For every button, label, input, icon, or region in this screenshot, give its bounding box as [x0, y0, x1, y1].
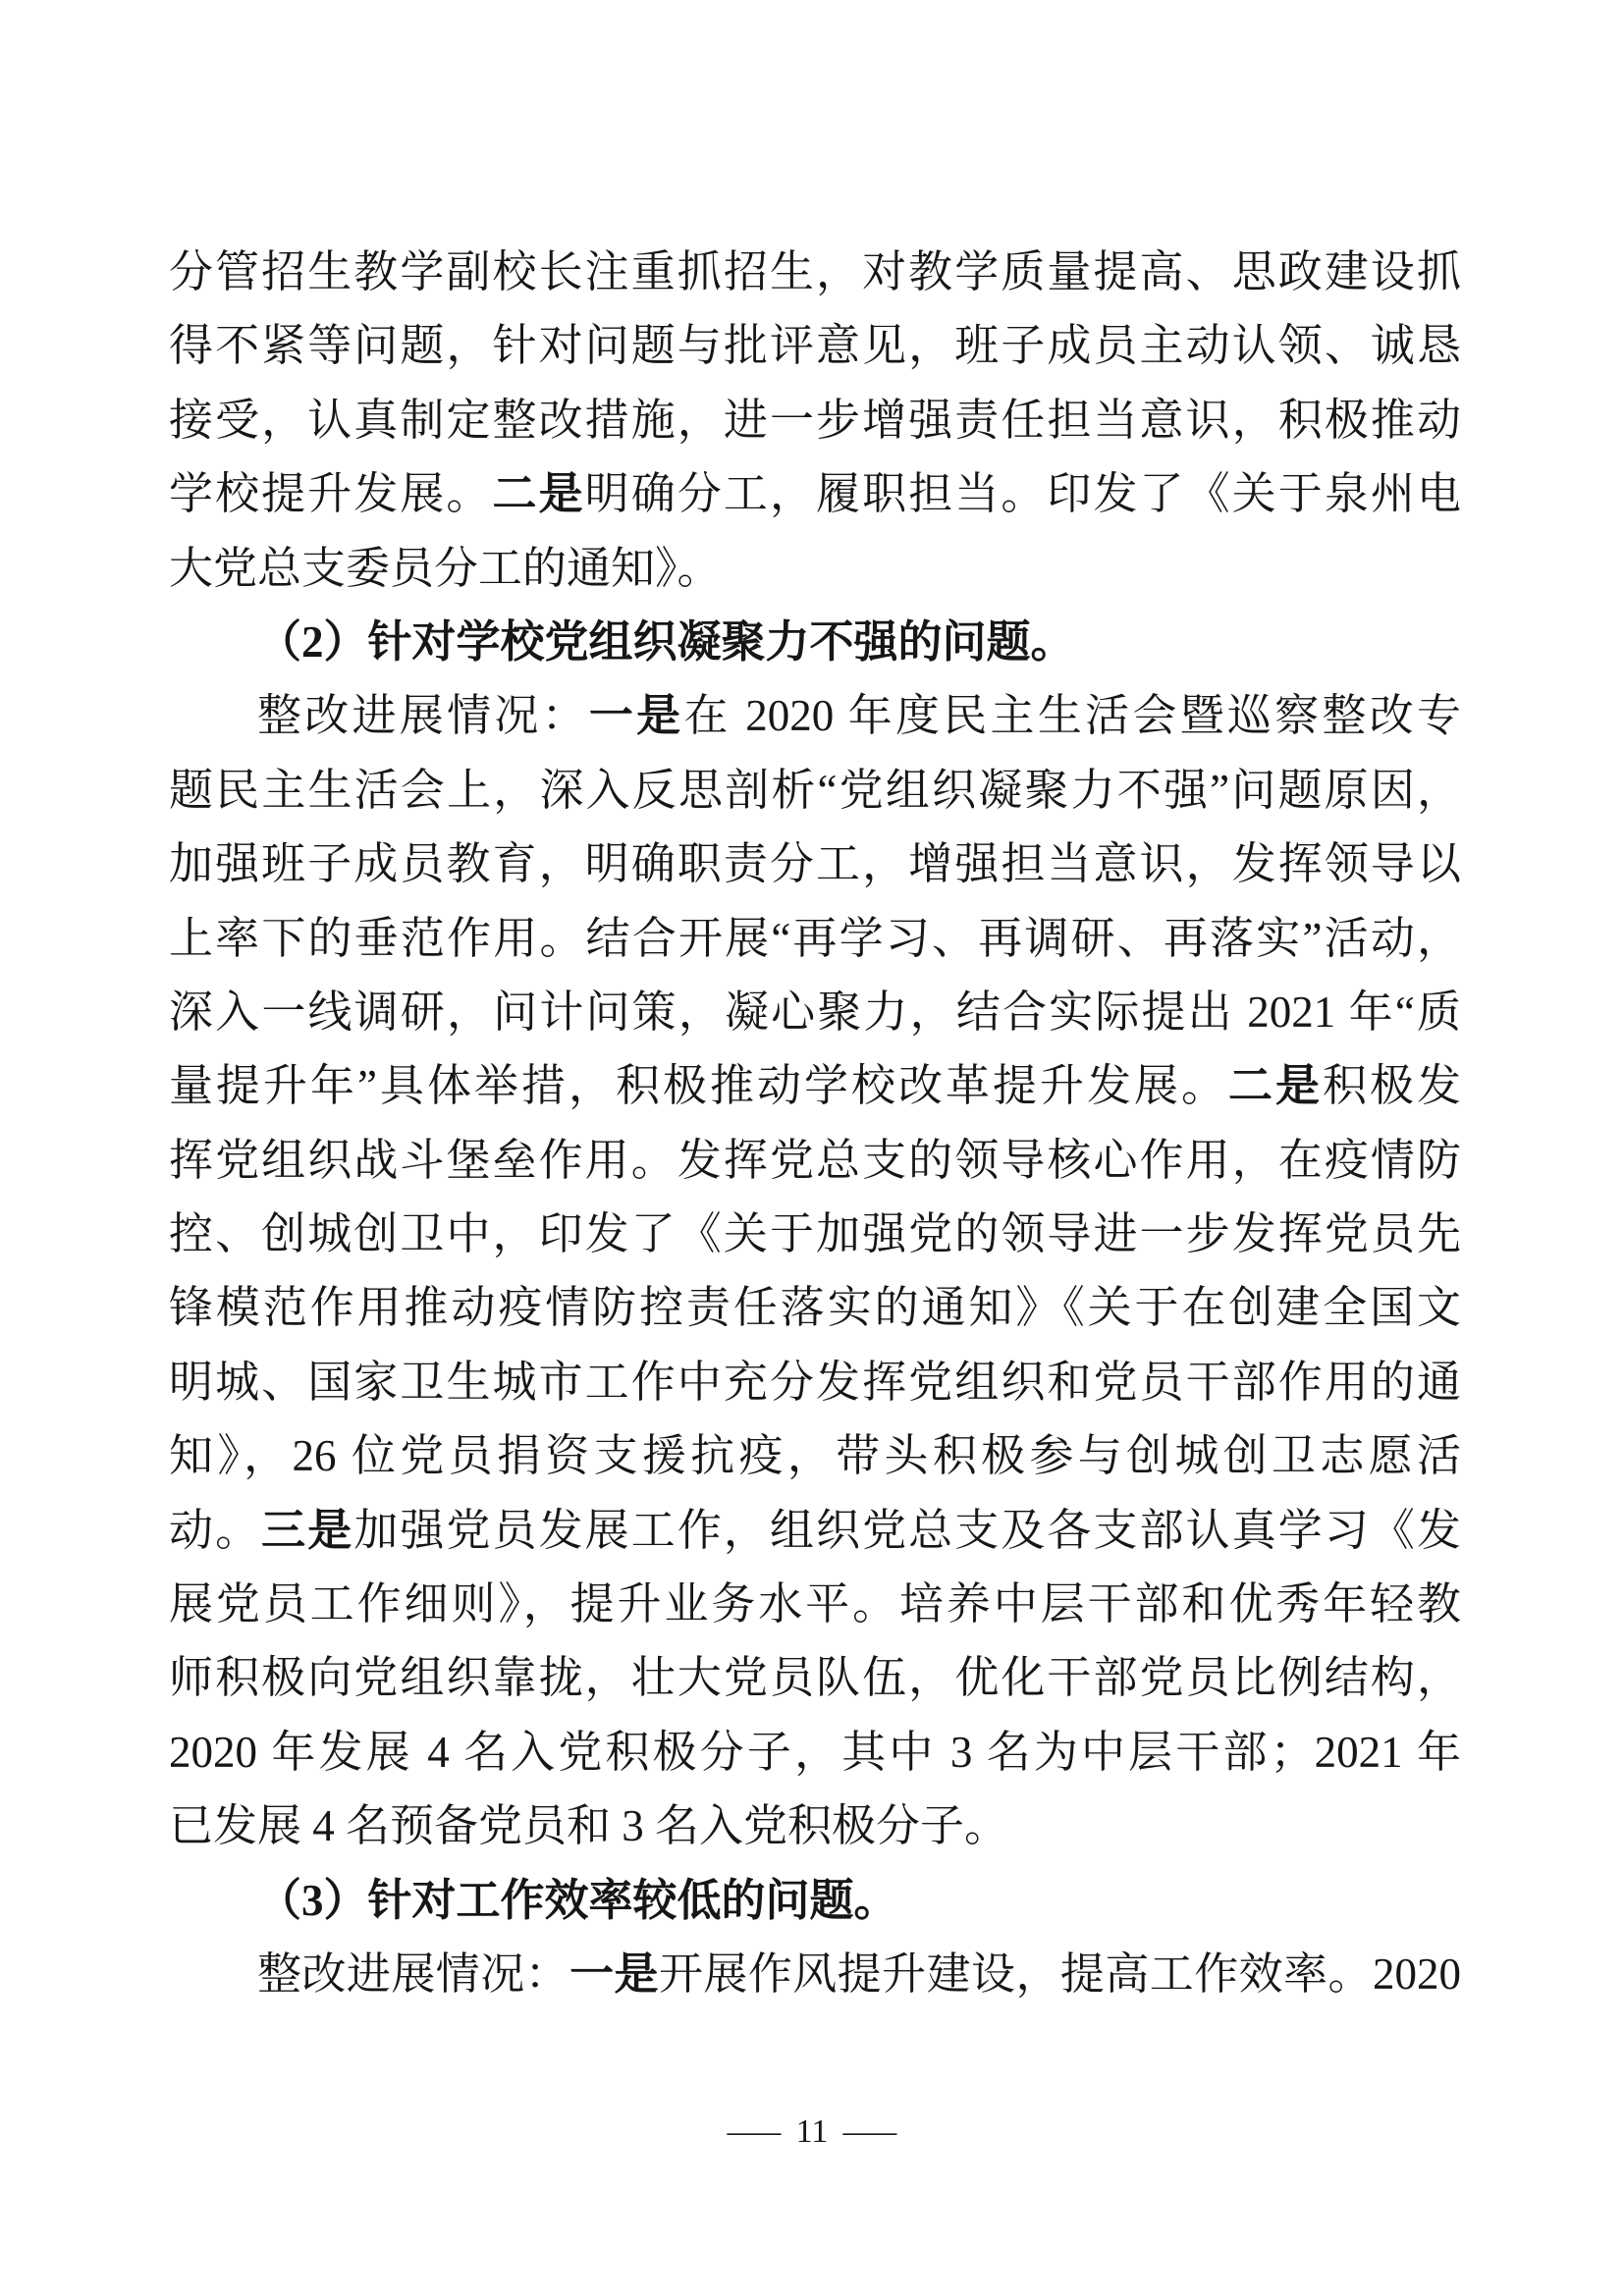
page-footer: —11— [0, 2110, 1624, 2154]
section-heading-3: （3）针对工作效率较低的问题。 [169, 1864, 1461, 1938]
bold-run: 二是 [493, 469, 585, 518]
text-run: 锋模范作用推动疫情防控责任落实的通知》《关于在创建全国文 [169, 1283, 1461, 1332]
text-run: 分管招生教学副校长注重抓招生，对教学质量提高、思政建设抓 [169, 247, 1461, 296]
text-run: 积极发 [1323, 1061, 1461, 1110]
text-run: 加强党员发展工作，组织党总支及各支部认真学习《发 [353, 1506, 1461, 1555]
text-run: 深入一线调研，问计问策，凝心聚力，结合实际提出 2021 年“质 [169, 988, 1461, 1037]
text-run: 加强班子成员教育，明确职责分工，增强担当意识，发挥领导以 [169, 839, 1461, 888]
section-heading-2: （2）针对学校党组织凝聚力不强的问题。 [169, 606, 1461, 679]
text-line: 整改进展情况：一是在 2020 年度民主生活会暨巡察整改专 [169, 679, 1461, 753]
text-run: 展党员工作细则》，提升业务水平。培养中层干部和优秀年轻教 [169, 1579, 1461, 1629]
text-line: 深入一线调研，问计问策，凝心聚力，结合实际提出 2021 年“质 [169, 976, 1461, 1049]
text-run: 已发展 4 名预备党员和 3 名入党积极分子。 [169, 1801, 1008, 1850]
bold-run: 三是 [261, 1506, 353, 1555]
text-line: 接受，认真制定整改措施，进一步增强责任担当意识，积极推动 [169, 384, 1461, 457]
bold-run: 一是 [569, 1949, 659, 1999]
text-line: 分管招生教学副校长注重抓招生，对教学质量提高、思政建设抓 [169, 236, 1461, 309]
text-run: 明城、国家卫生城市工作中充分发挥党组织和党员干部作用的通 [169, 1358, 1461, 1407]
bold-run: 二是 [1228, 1061, 1323, 1110]
text-line: 题民主生活会上，深入反思剖析“党组织凝聚力不强”问题原因， [169, 754, 1461, 828]
text-block: 分管招生教学副校长注重抓招生，对教学质量提高、思政建设抓得不紧等问题，针对问题与… [169, 236, 1461, 2011]
text-run: 挥党组织战斗堡垒作用。发挥党总支的领导核心作用，在疫情防 [169, 1136, 1461, 1185]
text-line: 展党员工作细则》，提升业务水平。培养中层干部和优秀年轻教 [169, 1568, 1461, 1641]
text-line: 挥党组织战斗堡垒作用。发挥党总支的领导核心作用，在疫情防 [169, 1124, 1461, 1198]
text-line: 大党总支委员分工的通知》。 [169, 532, 1461, 606]
text-run: 量提升年”具体举措，积极推动学校改革提升发展。 [169, 1061, 1228, 1110]
text-run: 题民主生活会上，深入反思剖析“党组织凝聚力不强”问题原因， [169, 766, 1461, 815]
text-line: 明城、国家卫生城市工作中充分发挥党组织和党员干部作用的通 [169, 1346, 1461, 1419]
text-run: 控、创城创卫中，印发了《关于加强党的领导进一步发挥党员先 [169, 1209, 1461, 1258]
text-line: 上率下的垂范作用。结合开展“再学习、再调研、再落实”活动， [169, 902, 1461, 976]
text-run: 得不紧等问题，针对问题与批评意见，班子成员主动认领、诚恳 [169, 321, 1461, 370]
text-run: 师积极向党组织靠拢，壮大党员队伍，优化干部党员比例结构， [169, 1653, 1461, 1702]
text-line: 2020 年发展 4 名入党积极分子，其中 3 名为中层干部；2021 年 [169, 1716, 1461, 1789]
text-line: 已发展 4 名预备党员和 3 名入党积极分子。 [169, 1789, 1461, 1863]
document-page: 分管招生教学副校长注重抓招生，对教学质量提高、思政建设抓得不紧等问题，针对问题与… [0, 0, 1624, 2296]
text-run: 在 2020 年度民主生活会暨巡察整改专 [683, 691, 1461, 740]
bold-run: （3）针对工作效率较低的问题。 [257, 1876, 898, 1925]
bold-run: （2）针对学校党组织凝聚力不强的问题。 [257, 617, 1075, 667]
text-line: 学校提升发展。二是明确分工，履职担当。印发了《关于泉州电 [169, 457, 1461, 531]
text-run: 整改进展情况： [257, 691, 589, 740]
footer-dash-right: — [843, 2110, 896, 2154]
text-run: 2020 年发展 4 名入党积极分子，其中 3 名为中层干部；2021 年 [169, 1728, 1461, 1777]
text-run: 大党总支委员分工的通知》。 [169, 544, 722, 593]
text-run: 明确分工，履职担当。印发了《关于泉州电 [585, 469, 1461, 518]
bold-run: 一是 [589, 691, 684, 740]
footer-dash-left: — [727, 2110, 780, 2154]
text-run: 学校提升发展。 [169, 469, 493, 518]
text-run: 接受，认真制定整改措施，进一步增强责任担当意识，积极推动 [169, 396, 1461, 445]
text-line: 整改进展情况：一是开展作风提升建设，提高工作效率。2020 [169, 1938, 1461, 2011]
text-line: 锋模范作用推动疫情防控责任落实的通知》《关于在创建全国文 [169, 1271, 1461, 1345]
text-line: 知》，26 位党员捐资支援抗疫，带头积极参与创城创卫志愿活 [169, 1419, 1461, 1493]
text-line: 量提升年”具体举措，积极推动学校改革提升发展。二是积极发 [169, 1049, 1461, 1123]
text-line: 得不紧等问题，针对问题与批评意见，班子成员主动认领、诚恳 [169, 309, 1461, 383]
text-run: 知》，26 位党员捐资支援抗疫，带头积极参与创城创卫志愿活 [169, 1431, 1461, 1480]
text-run: 整改进展情况： [257, 1949, 569, 1999]
text-line: 加强班子成员教育，明确职责分工，增强担当意识，发挥领导以 [169, 828, 1461, 901]
page-number: 11 [796, 2110, 829, 2154]
text-run: 动。 [169, 1506, 261, 1555]
text-run: 上率下的垂范作用。结合开展“再学习、再调研、再落实”活动， [169, 914, 1461, 963]
text-line: 动。三是加强党员发展工作，组织党总支及各支部认真学习《发 [169, 1494, 1461, 1568]
text-line: 控、创城创卫中，印发了《关于加强党的领导进一步发挥党员先 [169, 1198, 1461, 1271]
text-line: 师积极向党组织靠拢，壮大党员队伍，优化干部党员比例结构， [169, 1641, 1461, 1715]
text-run: 开展作风提升建设，提高工作效率。2020 [659, 1949, 1461, 1999]
